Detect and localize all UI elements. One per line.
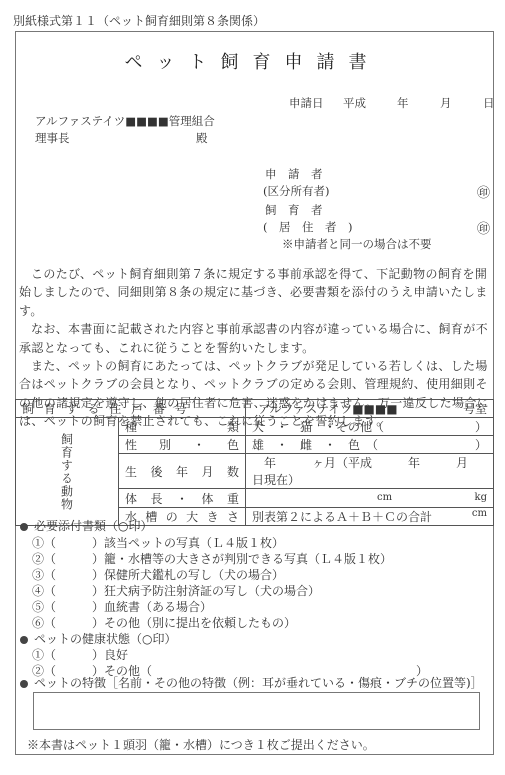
seal-mark-applicant: ㊞ bbox=[477, 182, 490, 201]
label-char: 体 bbox=[201, 490, 213, 507]
health-item-1[interactable]: ①（ ）良好 bbox=[32, 646, 128, 663]
row-label-length-weight: 体長・体重 bbox=[119, 489, 246, 508]
pet-info-table: 飼 育 す る 住 戸 番 号 アルファステイツ■■■■ 号室 飼育する動物 種… bbox=[15, 399, 494, 526]
label-char: 大 bbox=[186, 508, 198, 525]
label-char: 生 bbox=[125, 463, 137, 480]
features-input-box[interactable] bbox=[33, 692, 480, 730]
row-label-age: 生後年月数 bbox=[119, 454, 246, 489]
label-char: 性 bbox=[125, 436, 137, 453]
bullet-icon bbox=[20, 523, 28, 531]
label-char: 色 bbox=[227, 436, 239, 453]
label-char: 別 bbox=[159, 436, 171, 453]
seal-mark-keeper: ㊞ bbox=[477, 218, 490, 237]
age-field[interactable]: 年 ヶ月（平成 年 月 日現在） bbox=[246, 454, 494, 489]
table-row: 飼 育 す る 住 戸 番 号 アルファステイツ■■■■ 号室 bbox=[16, 400, 494, 418]
length-weight-field[interactable]: cm kg bbox=[246, 489, 494, 508]
label-char: 月 bbox=[201, 463, 213, 480]
sex-color-options: 雄 ・ 雌 ・ 色 （ bbox=[252, 436, 378, 453]
label-char: 年 bbox=[176, 463, 188, 480]
age-template: 年 ヶ月（平成 年 月 日現在） bbox=[252, 456, 504, 487]
label-char: さ bbox=[227, 508, 239, 525]
bullet-icon bbox=[20, 636, 28, 644]
label-char: 長 bbox=[150, 490, 162, 507]
label-char: 後 bbox=[150, 463, 162, 480]
applicant-sublabel: (区分所有者) bbox=[263, 183, 329, 199]
date-era: 平成 bbox=[343, 95, 366, 111]
label-char: 種 bbox=[125, 418, 137, 435]
features-heading: ペットの特徴［名前・その他の特徴（例：耳が垂れている・傷痕・ブチの位置等)］ bbox=[20, 674, 483, 691]
addressee-organization: アルファステイツ■■■■管理組合 bbox=[35, 113, 215, 129]
date-year: 年 bbox=[397, 95, 409, 111]
doc-item-5[interactable]: ⑤（ ）血統書（ある場合） bbox=[32, 598, 212, 615]
page-title: ペット飼育申請書 bbox=[0, 48, 505, 74]
health-heading-text: ペットの健康状態（○印） bbox=[34, 632, 176, 646]
features-heading-text: ペットの特徴［名前・その他の特徴（例：耳が垂れている・傷痕・ブチの位置等)］ bbox=[34, 676, 483, 690]
label-char: ・ bbox=[193, 436, 205, 453]
label-char: 重 bbox=[227, 490, 239, 507]
table-row: 飼育する動物 種類 犬 ・ 猫 ・その他（） bbox=[16, 418, 494, 436]
species-options: 犬 ・ 猫 ・その他（ bbox=[252, 418, 384, 435]
label-char: き bbox=[207, 508, 219, 525]
form-caption: 別紙様式第１１（ペット飼育細則第８条関係） bbox=[13, 12, 265, 29]
close-paren: ） bbox=[475, 436, 487, 453]
sex-color-field[interactable]: 雄 ・ 雌 ・ 色 （） bbox=[246, 436, 494, 454]
paragraph-1: このたび、ペット飼育細則第７条に規定する事前承認を得て、下記動物の飼育を開始しま… bbox=[19, 265, 491, 320]
doc-item-6[interactable]: ⑥（ ）その他（別に提出を依頼したもの） bbox=[32, 614, 296, 631]
weight-unit: kg bbox=[475, 489, 487, 507]
unit-number-label: 飼 育 す る 住 戸 番 号 bbox=[16, 400, 246, 418]
doc-item-3[interactable]: ③（ ）保健所犬鑑札の写し（犬の場合） bbox=[32, 566, 284, 583]
tank-size-formula: 別表第２によるＡ＋Ｂ＋Ｃの合計 bbox=[252, 508, 432, 525]
addressee-role: 理事長 bbox=[35, 130, 70, 146]
addressee-honorific: 殿 bbox=[196, 130, 208, 146]
keeper-sublabel: ( 居 住 者 ) bbox=[263, 219, 352, 235]
unit-number-field[interactable]: アルファステイツ■■■■ 号室 bbox=[246, 400, 494, 418]
unit-number-value: アルファステイツ■■■■ bbox=[258, 400, 398, 417]
doc-item-1[interactable]: ①（ ）該当ペットの写真（Ｌ４版１枚） bbox=[32, 534, 284, 551]
tank-size-field[interactable]: 別表第２によるＡ＋Ｂ＋Ｃの合計cm bbox=[246, 508, 494, 526]
paragraph-2: なお、本書面に記載された内容と事前承認書の内容が違っている場合に、飼育が不承認と… bbox=[19, 320, 491, 357]
applicant-label: 申 請 者 bbox=[265, 166, 323, 182]
date-day: 日 bbox=[483, 95, 495, 111]
species-field[interactable]: 犬 ・ 猫 ・その他（） bbox=[246, 418, 494, 436]
label-char: の bbox=[166, 508, 178, 525]
keeper-note: ※申請者と同一の場合は不要 bbox=[282, 236, 432, 252]
required-docs-heading-text: 必要添付書類（○印） bbox=[34, 519, 152, 533]
date-label: 申請日 bbox=[289, 95, 324, 111]
keeper-label: 飼 育 者 bbox=[265, 202, 323, 218]
unit-number-suffix: 号室 bbox=[463, 400, 487, 417]
tank-size-unit: cm bbox=[472, 508, 487, 525]
health-heading: ペットの健康状態（○印） bbox=[20, 630, 176, 647]
row-label-species: 種類 bbox=[119, 418, 246, 436]
footer-note: ※本書はペット１頭羽（籠・水槽）につき１枚ご提出ください。 bbox=[27, 736, 375, 753]
required-docs-heading: 必要添付書類（○印） bbox=[20, 517, 152, 534]
date-month: 月 bbox=[440, 95, 452, 111]
label-char: 類 bbox=[227, 418, 239, 435]
label-char: 数 bbox=[227, 463, 239, 480]
row-label-sex-color: 性別・色 bbox=[119, 436, 246, 454]
bullet-icon bbox=[20, 680, 28, 688]
label-char: 体 bbox=[125, 490, 137, 507]
length-unit: cm bbox=[377, 489, 392, 507]
animal-group-label: 飼育する動物 bbox=[16, 418, 119, 526]
doc-item-2[interactable]: ②（ ）籠・水槽等の大きさが判別できる写真（Ｌ４版１枚） bbox=[32, 550, 392, 567]
doc-item-4[interactable]: ④（ ）狂犬病予防注射済証の写し（犬の場合） bbox=[32, 582, 320, 599]
close-paren: ） bbox=[475, 418, 487, 435]
label-char: ・ bbox=[176, 490, 188, 507]
